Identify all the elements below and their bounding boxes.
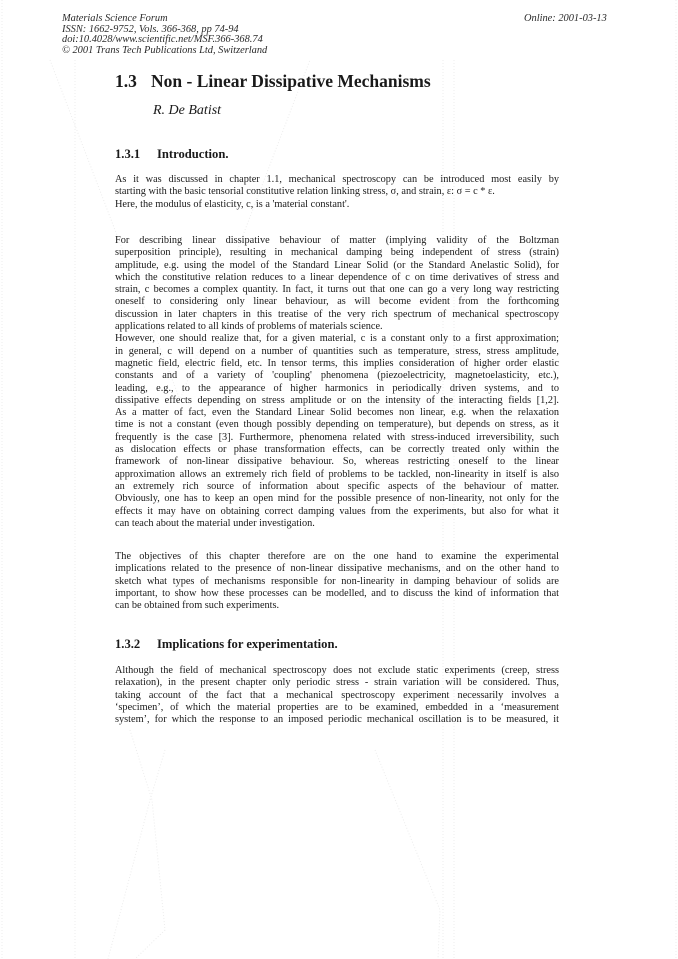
text-line: superposition principle), resulting in m…: [115, 247, 559, 259]
text-line: approximation allows an extremely rich f…: [115, 469, 559, 481]
text-line: time is not a constant (even though poss…: [115, 419, 559, 431]
text-line: can be obtained from such experiments.: [115, 600, 559, 612]
section-number: 1.3.2: [115, 637, 157, 652]
copyright-line: © 2001 Trans Tech Publications Ltd, Swit…: [62, 46, 267, 57]
text-line: dissipative effects depending on stress …: [115, 395, 559, 407]
text-line: taking account of the fact that a mechan…: [115, 690, 559, 702]
text-line: strain, c becomes a complex quantity. In…: [115, 284, 559, 296]
text-line: which the constitutive relation reduces …: [115, 272, 559, 284]
text-line: an extremely rich source of information …: [115, 481, 559, 493]
text-line: relaxation), in the present chapter only…: [115, 677, 559, 689]
text-line: starting with the basic tensorial consti…: [115, 186, 559, 198]
paragraph-intro-2: For describing linear dissipative behavi…: [115, 235, 559, 530]
text-line: framework of non-linear dissipative beha…: [115, 456, 559, 468]
text-line: Obviously, one has to keep an open mind …: [115, 493, 559, 505]
text-line: important, to show how these processes c…: [115, 588, 559, 600]
text-line: amplitude, e.g. using the model of the S…: [115, 260, 559, 272]
paragraph-intro-3: The objectives of this chapter therefore…: [115, 551, 559, 612]
text-line: applications related to all kinds of pro…: [115, 321, 559, 333]
text-line: can teach about the material under inves…: [115, 518, 559, 530]
text-line: discussion in later chapters in this tre…: [115, 309, 559, 321]
paragraph-intro-1: As it was discussed in chapter 1.1, mech…: [115, 174, 559, 211]
text-line: constants and of a variety of 'coupling'…: [115, 370, 559, 382]
journal-name: Materials Science Forum: [62, 14, 267, 25]
text-line: ‘specimen’, of which the material proper…: [115, 702, 559, 714]
text-line: The objectives of this chapter therefore…: [115, 551, 559, 563]
online-date: Online: 2001-03-13: [524, 14, 607, 25]
text-line: as dislocation effects or phase transfor…: [115, 444, 559, 456]
text-line: As it was discussed in chapter 1.1, mech…: [115, 174, 559, 186]
text-line: Although the field of mechanical spectro…: [115, 665, 559, 677]
text-line: leading, e.g., to the appearance of high…: [115, 383, 559, 395]
text-line: effects it may have on obtaining correct…: [115, 506, 559, 518]
paragraph-implications-1: Although the field of mechanical spectro…: [115, 665, 559, 726]
text-line: However, one should realize that, for a …: [115, 333, 559, 345]
section-title: Introduction.: [157, 147, 229, 161]
text-line: implications related to the presence of …: [115, 563, 559, 575]
author-name: R. De Batist: [153, 103, 221, 119]
chapter-number: 1.3: [115, 71, 151, 92]
chapter-title: Non - Linear Dissipative Mechanisms: [151, 71, 431, 91]
section-heading-introduction: 1.3.1Introduction.: [115, 147, 229, 162]
section-title: Implications for experimentation.: [157, 637, 338, 651]
text-line: Here, the modulus of elasticity, c, is a…: [115, 199, 559, 211]
text-line: As a matter of fact, even the Standard L…: [115, 407, 559, 419]
text-line: sketch what types of mechanisms responsi…: [115, 576, 559, 588]
text-line: magnetic field, electric field, etc. In …: [115, 358, 559, 370]
text-line: frequently is the case [3]. Furthermore,…: [115, 432, 559, 444]
text-line: system’, for which the response to an im…: [115, 714, 559, 726]
chapter-heading: 1.3Non - Linear Dissipative Mechanisms: [115, 71, 431, 92]
section-heading-implications: 1.3.2Implications for experimentation.: [115, 637, 338, 652]
section-number: 1.3.1: [115, 147, 157, 162]
text-line: in general, c will depend on a number of…: [115, 346, 559, 358]
text-line: For describing linear dissipative behavi…: [115, 235, 559, 247]
text-line: oneself to considering only linear behav…: [115, 296, 559, 308]
journal-citation-header: Materials Science Forum ISSN: 1662-9752,…: [62, 14, 267, 56]
